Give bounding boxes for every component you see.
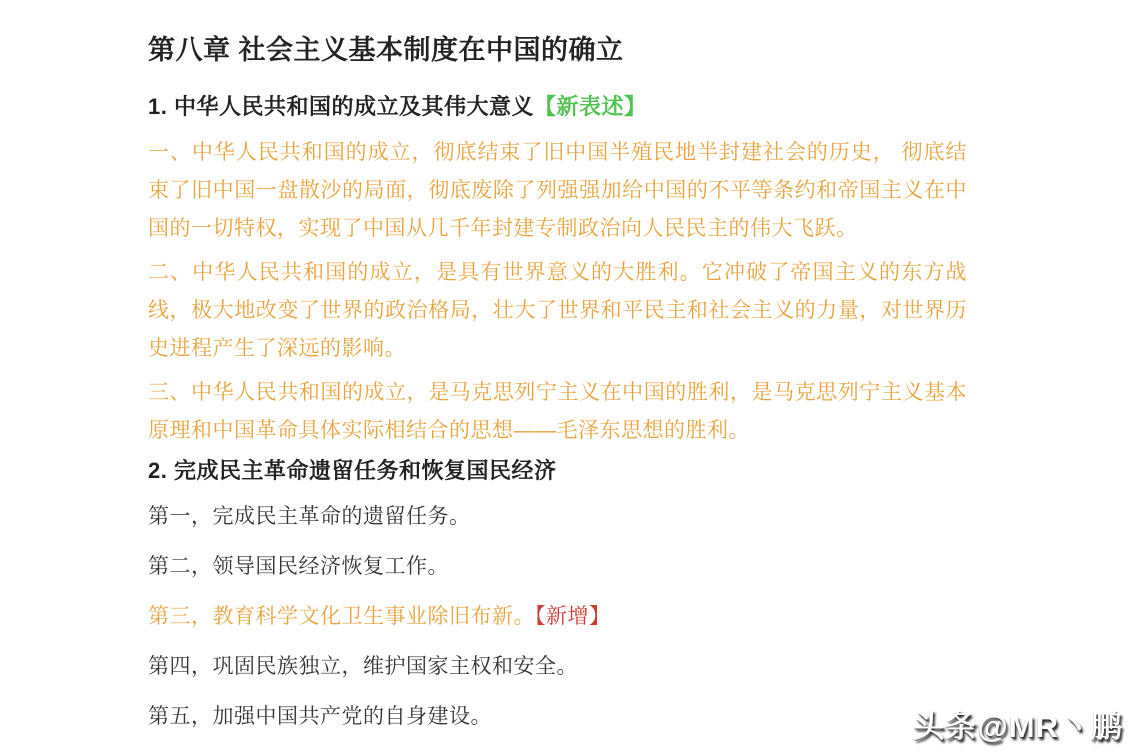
task-item-4: 第四，巩固民族独立，维护国家主权和安全。 (148, 648, 967, 686)
section-1-heading-text: 1. 中华人民共和国的成立及其伟大意义 (148, 94, 534, 119)
highlight-paragraph-2: 二、中华人民共和国的成立，是具有世界意义的大胜利。它冲破了帝国主义的东方战线，极… (148, 254, 967, 368)
task-item-3-text: 第三，教育科学文化卫生事业除旧布新。 (148, 605, 535, 628)
section-2-heading: 2. 完成民主革命遗留任务和恢复国民经济 (148, 456, 967, 486)
task-item-3: 第三，教育科学文化卫生事业除旧布新。【新增】 (148, 598, 967, 636)
task-item-5: 第五，加强中国共产党的自身建设。 (148, 698, 967, 736)
section-1-heading: 1. 中华人民共和国的成立及其伟大意义【新表述】 (148, 92, 967, 122)
task-item-2: 第二，领导国民经济恢复工作。 (148, 548, 967, 586)
new-addition-tag: 【新增】 (535, 605, 611, 628)
watermark: 头条@MR丶鹏 (914, 701, 1123, 746)
highlight-paragraph-3: 三、中华人民共和国的成立，是马克思列宁主义在中国的胜利，是马克思列宁主义基本原理… (148, 374, 967, 450)
new-statement-tag: 【新表述】 (534, 94, 647, 119)
task-item-1: 第一，完成民主革命的遗留任务。 (148, 498, 967, 536)
highlight-paragraph-1: 一、中华人民共和国的成立，彻底结束了旧中国半殖民地半封建社会的历史， 彻底结束了… (148, 134, 967, 248)
article-page: 第八章 社会主义基本制度在中国的确立 1. 中华人民共和国的成立及其伟大意义【新… (0, 0, 1131, 756)
chapter-title: 第八章 社会主义基本制度在中国的确立 (148, 32, 967, 68)
